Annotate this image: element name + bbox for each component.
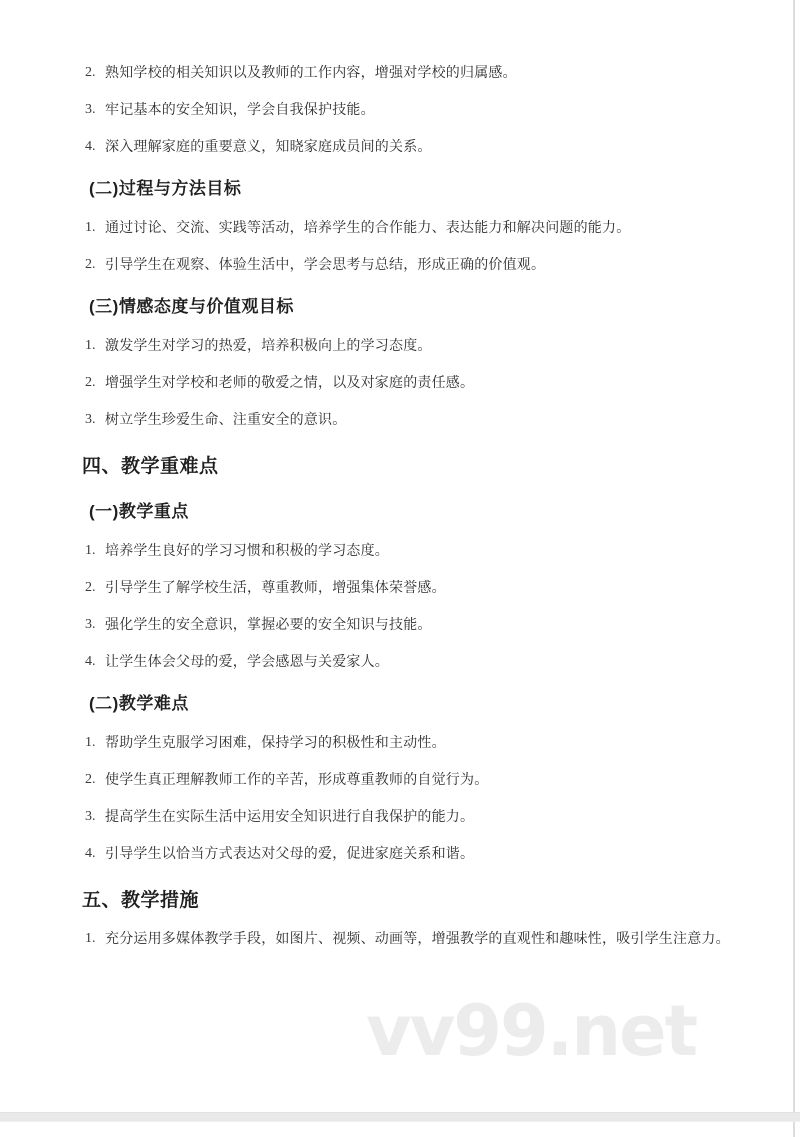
list-item-number: 3. (85, 408, 105, 431)
subsection-heading: (二)过程与方法目标 (89, 176, 735, 202)
list-item-number: 4. (85, 135, 105, 158)
section-heading: 四、教学重难点 (82, 453, 735, 481)
list-item-number: 1. (85, 216, 105, 239)
list-item: 3.树立学生珍爱生命、注重安全的意识。 (85, 408, 735, 431)
next-page-top (0, 1122, 793, 1137)
list-item-text: 强化学生的安全意识，掌握必要的安全知识与技能。 (105, 613, 735, 636)
list-item-text: 帮助学生克服学习困难，保持学习的积极性和主动性。 (105, 731, 735, 754)
list-item-text: 充分运用多媒体教学手段，如图片、视频、动画等，增强教学的直观性和趣味性，吸引学生… (105, 927, 735, 950)
list-item: 2.增强学生对学校和老师的敬爱之情，以及对家庭的责任感。 (85, 371, 735, 394)
list-item-text: 提高学生在实际生活中运用安全知识进行自我保护的能力。 (105, 805, 735, 828)
page-separator (0, 1112, 800, 1122)
list-item-number: 3. (85, 613, 105, 636)
list-item: 3.强化学生的安全意识，掌握必要的安全知识与技能。 (85, 613, 735, 636)
page-edge-line (793, 0, 795, 1137)
list-item-text: 引导学生以恰当方式表达对父母的爱，促进家庭关系和谐。 (105, 842, 735, 865)
list-item-text: 引导学生了解学校生活，尊重教师，增强集体荣誉感。 (105, 576, 735, 599)
list-item-number: 2. (85, 253, 105, 276)
list-item-text: 通过讨论、交流、实践等活动，培养学生的合作能力、表达能力和解决问题的能力。 (105, 216, 735, 239)
list-item-number: 2. (85, 371, 105, 394)
list-item-number: 1. (85, 539, 105, 562)
list-item-number: 2. (85, 768, 105, 791)
list-item-number: 1. (85, 731, 105, 754)
list-item-text: 牢记基本的安全知识，学会自我保护技能。 (105, 98, 735, 121)
list-item-number: 3. (85, 805, 105, 828)
section-heading: 五、教学措施 (82, 887, 735, 915)
subsection-heading: (一)教学重点 (89, 499, 735, 525)
list-item-number: 1. (85, 927, 105, 950)
list-item: 4.引导学生以恰当方式表达对父母的爱，促进家庭关系和谐。 (85, 842, 735, 865)
list-item: 2.引导学生在观察、体验生活中，学会思考与总结，形成正确的价值观。 (85, 253, 735, 276)
list-item: 2.熟知学校的相关知识以及教师的工作内容，增强对学校的归属感。 (85, 61, 735, 84)
list-item: 1.培养学生良好的学习习惯和积极的学习态度。 (85, 539, 735, 562)
list-item: 4.深入理解家庭的重要意义，知晓家庭成员间的关系。 (85, 135, 735, 158)
list-item-number: 3. (85, 98, 105, 121)
list-item-number: 2. (85, 576, 105, 599)
list-item: 1.帮助学生克服学习困难，保持学习的积极性和主动性。 (85, 731, 735, 754)
document-content: 2.熟知学校的相关知识以及教师的工作内容，增强对学校的归属感。3.牢记基本的安全… (0, 0, 793, 950)
subsection-heading: (三)情感态度与价值观目标 (89, 294, 735, 320)
list-item: 2.引导学生了解学校生活，尊重教师，增强集体荣誉感。 (85, 576, 735, 599)
subsection-heading: (二)教学难点 (89, 691, 735, 717)
list-item: 1.充分运用多媒体教学手段，如图片、视频、动画等，增强教学的直观性和趣味性，吸引… (85, 927, 735, 950)
list-item: 3.牢记基本的安全知识，学会自我保护技能。 (85, 98, 735, 121)
list-item-text: 引导学生在观察、体验生活中，学会思考与总结，形成正确的价值观。 (105, 253, 735, 276)
list-item-text: 增强学生对学校和老师的敬爱之情，以及对家庭的责任感。 (105, 371, 735, 394)
list-item-text: 培养学生良好的学习习惯和积极的学习态度。 (105, 539, 735, 562)
list-item: 1.激发学生对学习的热爱，培养积极向上的学习态度。 (85, 334, 735, 357)
list-item-text: 熟知学校的相关知识以及教师的工作内容，增强对学校的归属感。 (105, 61, 735, 84)
list-item-text: 让学生体会父母的爱，学会感恩与关爱家人。 (105, 650, 735, 673)
list-item-number: 4. (85, 650, 105, 673)
list-item-text: 激发学生对学习的热爱，培养积极向上的学习态度。 (105, 334, 735, 357)
list-item-text: 使学生真正理解教师工作的辛苦，形成尊重教师的自觉行为。 (105, 768, 735, 791)
list-item-text: 树立学生珍爱生命、注重安全的意识。 (105, 408, 735, 431)
list-item-number: 4. (85, 842, 105, 865)
list-item: 4.让学生体会父母的爱，学会感恩与关爱家人。 (85, 650, 735, 673)
list-item: 3.提高学生在实际生活中运用安全知识进行自我保护的能力。 (85, 805, 735, 828)
list-item: 1.通过讨论、交流、实践等活动，培养学生的合作能力、表达能力和解决问题的能力。 (85, 216, 735, 239)
list-item-number: 2. (85, 61, 105, 84)
list-item: 2.使学生真正理解教师工作的辛苦，形成尊重教师的自觉行为。 (85, 768, 735, 791)
document-page: 2.熟知学校的相关知识以及教师的工作内容，增强对学校的归属感。3.牢记基本的安全… (0, 0, 793, 1112)
document-viewer: 2.熟知学校的相关知识以及教师的工作内容，增强对学校的归属感。3.牢记基本的安全… (0, 0, 800, 1137)
list-item-text: 深入理解家庭的重要意义，知晓家庭成员间的关系。 (105, 135, 735, 158)
list-item-number: 1. (85, 334, 105, 357)
